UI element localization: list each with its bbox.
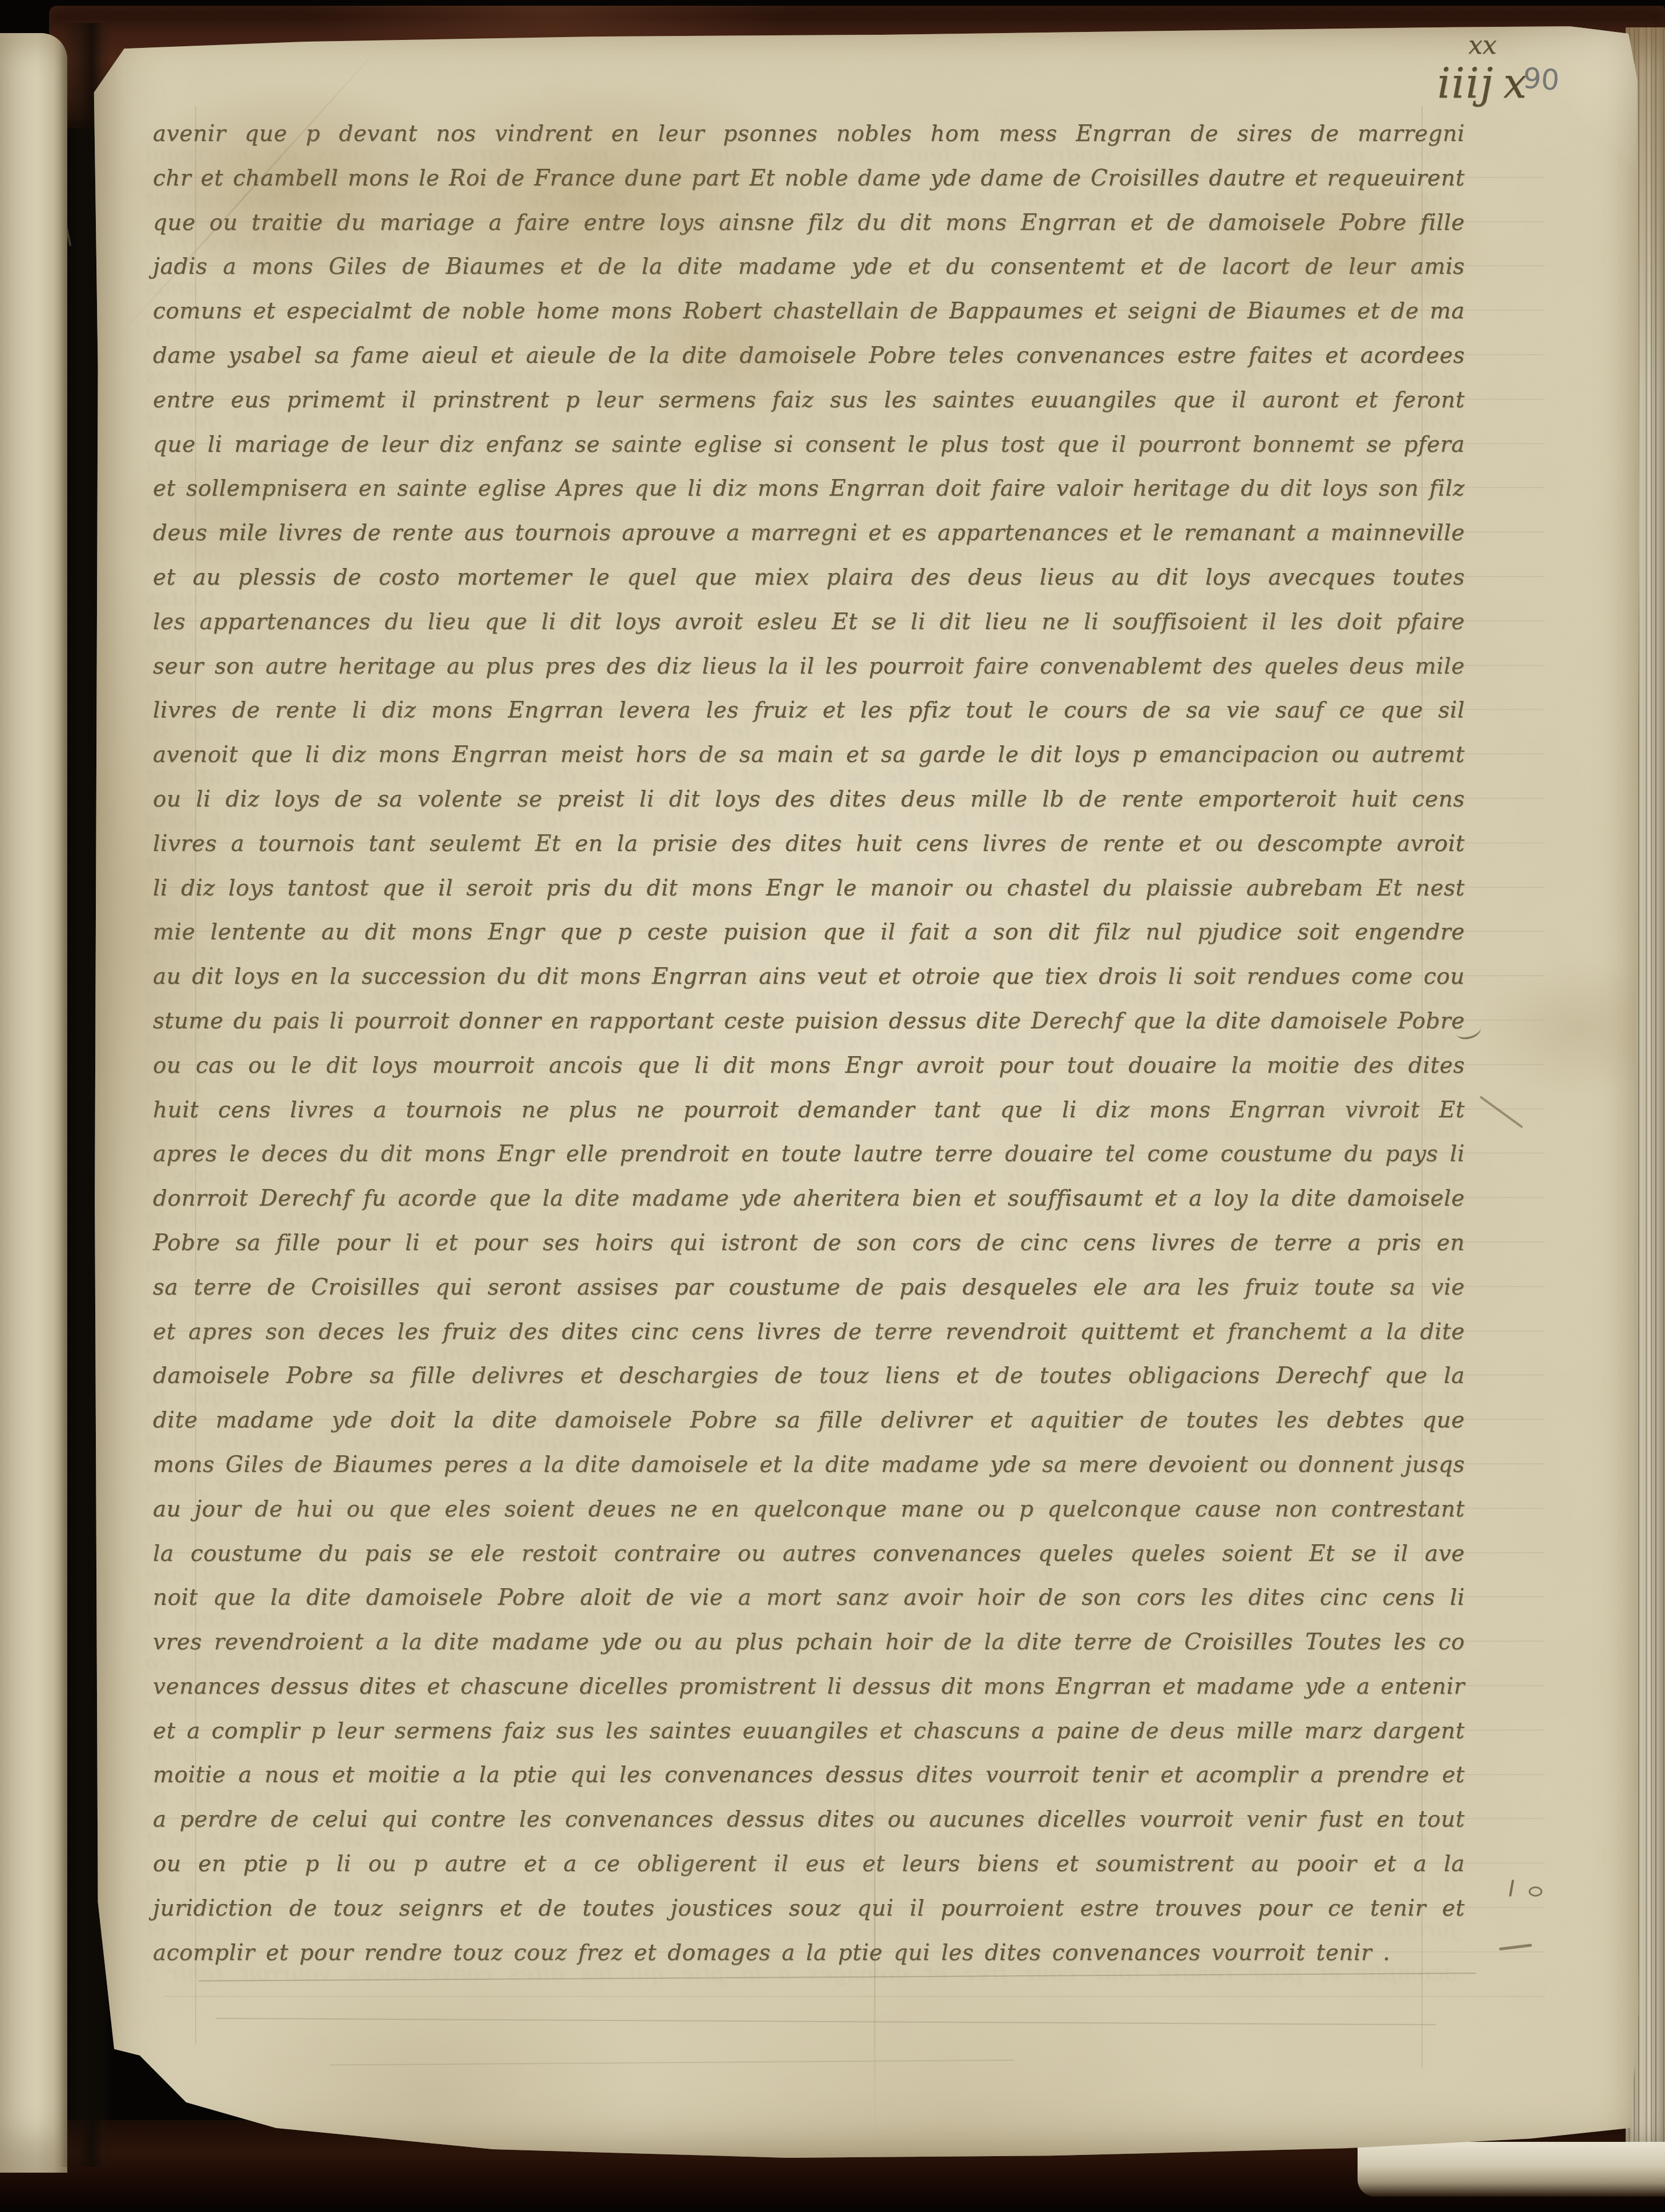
- manuscript-line: moitie a nous et moitie a la ptie qui le…: [153, 1753, 1465, 1797]
- manuscript-line: chr et chambell mons le Roi de France du…: [153, 156, 1465, 201]
- manuscript-line: seur son autre heritage au plus pres des…: [153, 644, 1465, 689]
- manuscript-line: dite madame yde doit la dite damoisele P…: [153, 1398, 1465, 1443]
- manuscript-line: ou cas ou le dit loys mourroit ancois qu…: [153, 1044, 1465, 1088]
- manuscript-line: huit cens livres a tournois ne plus ne p…: [153, 1088, 1465, 1133]
- foliation-superscript: xx: [1411, 33, 1554, 58]
- manuscript-line: donrroit Derechf fu acorde que la dite m…: [153, 1176, 1465, 1221]
- manuscript-line: damoisele Pobre sa fille delivres et des…: [153, 1354, 1465, 1398]
- manuscript-line: acomplir et pour rendre touz couz frez e…: [153, 1931, 1465, 1975]
- manuscript-line: venances dessus dites et chascune dicell…: [153, 1665, 1465, 1709]
- underlying-page-edges: [1358, 2142, 1665, 2197]
- manuscript-line: sa terre de Croisilles qui seront assise…: [153, 1265, 1465, 1310]
- manuscript-line: juridiction de touz seignrs et de toutes…: [153, 1886, 1465, 1931]
- manuscript-line: la coustume du pais se ele restoit contr…: [153, 1532, 1465, 1576]
- manuscript-line: mie lentente au dit mons Engr que p cest…: [153, 910, 1465, 955]
- manuscript-line: avenir que p devant nos vindrent en leur…: [153, 112, 1465, 156]
- manuscript-line: ou li diz loys de sa volente se preist l…: [153, 777, 1465, 822]
- manuscript-line: livres a tournois tant seulemt Et en la …: [153, 822, 1465, 866]
- manuscript-line: dame ysabel sa fame aieul et aieule de l…: [153, 334, 1465, 378]
- manuscript-line: entre eus primemt il prinstrent p leur s…: [153, 378, 1465, 423]
- manuscript-line: stume du pais li pourroit donner en rapp…: [153, 999, 1465, 1044]
- manuscript-line: Pobre sa fille pour li et pour ses hoirs…: [153, 1221, 1465, 1265]
- manuscript-line: les appartenances du lieu que li dit loy…: [153, 600, 1465, 644]
- manuscript-line: apres le deces du dit mons Engr elle pre…: [153, 1132, 1465, 1176]
- manuscript-line: noit que la dite damoisele Pobre aloit d…: [153, 1576, 1465, 1620]
- parchment-page: avenir que p devant nos vindrent en leur…: [90, 26, 1639, 2158]
- manuscript-line: deus mile livres de rente aus tournois a…: [153, 511, 1465, 555]
- manuscript-line: que ou traitie du mariage a faire entre …: [153, 201, 1465, 245]
- manuscript-line: mons Giles de Biaumes peres a la dite da…: [153, 1443, 1465, 1487]
- facing-page-edge: [0, 33, 67, 2173]
- manuscript-line: comuns et especialmt de noble home mons …: [153, 289, 1465, 334]
- manuscript-line: et a complir p leur sermens faiz sus les…: [153, 1709, 1465, 1754]
- margin-ink-loop: [1529, 1886, 1542, 1897]
- manuscript-line: avenoit que li diz mons Engrran meist ho…: [153, 733, 1465, 777]
- folio-number-modern: 90: [1522, 62, 1561, 97]
- manuscript-line: li diz loys tantost que il seroit pris d…: [153, 866, 1465, 911]
- manuscript-line: livres de rente li diz mons Engrran leve…: [153, 688, 1465, 733]
- manuscript-photo: avenir que p devant nos vindrent en leur…: [0, 0, 1665, 2212]
- manuscript-line: jadis a mons Giles de Biaumes et de la d…: [153, 245, 1465, 289]
- manuscript-line: au dit loys en la succession du dit mons…: [153, 955, 1465, 999]
- manuscript-line: au jour de hui ou que eles soient deues …: [153, 1487, 1465, 1532]
- manuscript-line: ou en ptie p li ou p autre et a ce oblig…: [153, 1842, 1465, 1886]
- manuscript-line: a perdre de celui qui contre les convena…: [153, 1797, 1465, 1842]
- manuscript-line: et apres son deces les fruiz des dites c…: [153, 1310, 1465, 1354]
- manuscript-line: vres revendroient a la dite madame yde o…: [153, 1620, 1465, 1665]
- manuscript-line: et sollempnisera en sainte eglise Apres …: [153, 466, 1465, 511]
- manuscript-line: et au plessis de costo mortemer le quel …: [153, 555, 1465, 600]
- manuscript-line: que li mariage de leur diz enfanz se sai…: [153, 423, 1465, 467]
- manuscript-text-block: avenir que p devant nos vindrent en leur…: [153, 112, 1465, 1975]
